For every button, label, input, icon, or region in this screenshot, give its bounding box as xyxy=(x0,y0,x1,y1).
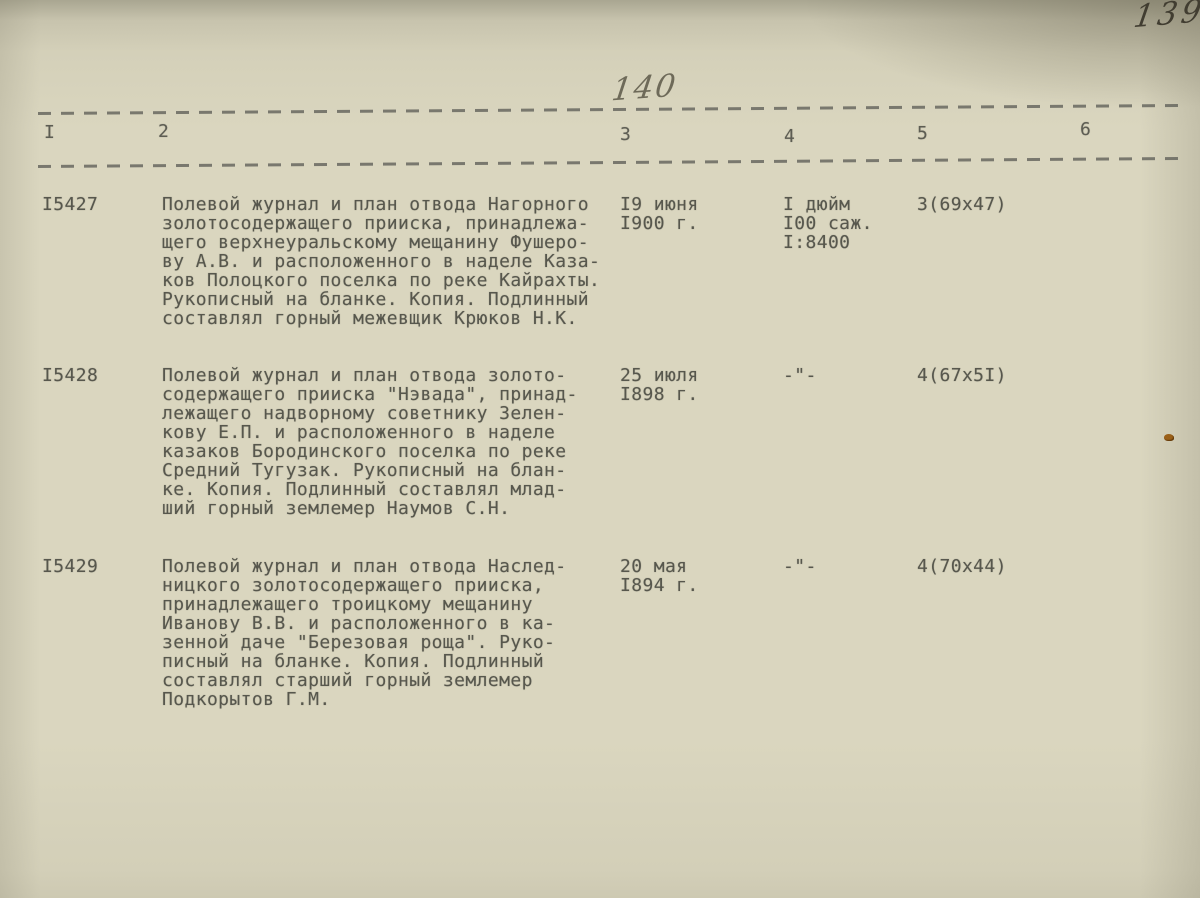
handwritten-page-number: 140 xyxy=(610,68,680,109)
ink-stain xyxy=(1164,434,1174,441)
column-header-6: 6 xyxy=(1080,120,1091,139)
entry-date: I9 июня I900 г. xyxy=(620,195,770,233)
entry-date: 25 июля I898 г. xyxy=(620,366,770,404)
entry-number: I5429 xyxy=(42,557,152,576)
column-header-1: I xyxy=(44,123,55,142)
column-header-2: 2 xyxy=(158,122,169,141)
scanned-page: 139 140 I 2 3 4 5 6 I5427 Полевой журнал… xyxy=(0,0,1200,898)
entry-description: Полевой журнал и план отвода Наслед- ниц… xyxy=(162,557,637,709)
entry-format: 4(67х5I) xyxy=(917,366,1037,385)
table-rule-top xyxy=(38,104,1178,115)
entry-description: Полевой журнал и план отвода Нагорного з… xyxy=(162,195,637,328)
entry-format: 4(70х44) xyxy=(917,557,1037,576)
entry-number: I5427 xyxy=(42,195,152,214)
entry-number: I5428 xyxy=(42,366,152,385)
column-header-5: 5 xyxy=(917,124,928,143)
column-header-3: 3 xyxy=(620,125,631,144)
entry-date: 20 мая I894 г. xyxy=(620,557,770,595)
entry-description: Полевой журнал и план отвода золото- сод… xyxy=(162,366,637,518)
table-rule-bottom xyxy=(38,157,1178,168)
column-header-4: 4 xyxy=(784,127,795,146)
entry-format: 3(69х47) xyxy=(917,195,1037,214)
entry-scale: -"- xyxy=(783,557,908,576)
entry-scale: -"- xyxy=(783,366,908,385)
entry-scale: I дюйм I00 саж. I:8400 xyxy=(783,195,908,252)
handwritten-folio-number: 139 xyxy=(1131,0,1200,35)
